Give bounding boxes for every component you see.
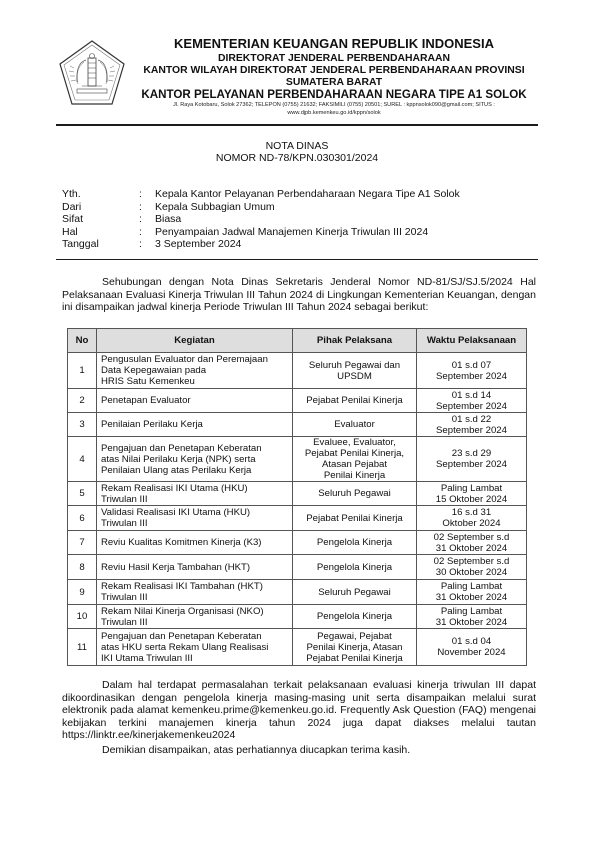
- cell-time: 01 s.d 07September 2024: [417, 353, 527, 389]
- cell-activity-line: Penetapan Evaluator: [101, 395, 288, 406]
- meta-colon: :: [139, 188, 155, 201]
- cell-time-line: September 2024: [421, 401, 522, 412]
- meta-colon: :: [139, 213, 155, 226]
- cell-time-line: 01 s.d 14: [421, 390, 522, 401]
- meta-label: Hal: [62, 226, 139, 239]
- cell-executor-line: Pengelola Kinerja: [297, 562, 412, 573]
- meta-colon: :: [139, 201, 155, 214]
- table-row: 5Rekam Realisasi IKI Utama (HKU)Triwulan…: [68, 482, 527, 506]
- address-line-1: Jl. Raya Kotobaru, Solok 27362; TELEPON …: [118, 102, 550, 110]
- cell-time-line: 01 s.d 22: [421, 414, 522, 425]
- closing-paragraph: Demikian disampaikan, atas perhatiannya …: [62, 744, 536, 757]
- cell-executor-line: Pegawai, Pejabat: [297, 631, 412, 642]
- cell-time: Paling Lambat31 Oktober 2024: [417, 605, 527, 629]
- cell-time-line: Paling Lambat: [421, 483, 522, 494]
- cell-activity-line: Validasi Realisasi IKI Utama (HKU): [101, 507, 288, 518]
- meta-label: Yth.: [62, 188, 139, 201]
- cell-time-line: 02 September s.d: [421, 532, 522, 543]
- intro-text: Sehubungan dengan Nota Dinas Sekretaris …: [62, 276, 536, 313]
- cell-time-line: 31 Oktober 2024: [421, 592, 522, 603]
- meta-row-subject: Hal : Penyampaian Jadwal Manajemen Kiner…: [62, 226, 460, 239]
- table-row: 1Pengusulan Evaluator dan PeremajaanData…: [68, 353, 527, 389]
- regional-office-name: KANTOR WILAYAH DIREKTORAT JENDERAL PERBE…: [120, 65, 548, 76]
- column-header-activity: Kegiatan: [97, 329, 293, 353]
- cell-executor: Seluruh Pegawai: [293, 482, 417, 506]
- document-number: NOMOR ND-78/KPN.030301/2024: [56, 152, 538, 165]
- cell-executor-line: Seluruh Pegawai: [297, 587, 412, 598]
- cell-activity: Pengajuan dan Penetapan Keberatanatas Ni…: [97, 437, 293, 482]
- table-row: 3Penilaian Perilaku KerjaEvaluator01 s.d…: [68, 413, 527, 437]
- cell-executor-line: Pejabat Penilai Kinerja: [297, 513, 412, 524]
- cell-executor: Evaluee, Evaluator,Pejabat Penilai Kiner…: [293, 437, 417, 482]
- meta-value: 3 September 2024: [155, 238, 241, 251]
- table-body: 1Pengusulan Evaluator dan PeremajaanData…: [68, 353, 527, 666]
- cell-activity-line: Pengusulan Evaluator dan Peremajaan: [101, 354, 288, 365]
- memo-metadata: Yth. : Kepala Kantor Pelayanan Perbendah…: [62, 188, 460, 251]
- cell-no: 10: [68, 605, 97, 629]
- cell-time: 01 s.d 22September 2024: [417, 413, 527, 437]
- cell-activity-line: Triwulan III: [101, 617, 288, 628]
- cell-executor: Evaluator: [293, 413, 417, 437]
- cell-activity: Penilaian Perilaku Kerja: [97, 413, 293, 437]
- coordination-text: Dalam hal terdapat permasalahan terkait …: [62, 679, 536, 741]
- cell-no: 7: [68, 531, 97, 555]
- address-line-2: www.djpb.kemenkeu.go.id/kppn/solok: [118, 110, 550, 118]
- cell-executor: Pengelola Kinerja: [293, 605, 417, 629]
- cell-time: 01 s.d 04November 2024: [417, 629, 527, 666]
- cell-executor-line: Pejabat Penilai Kinerja: [297, 653, 412, 664]
- schedule-table: No Kegiatan Pihak Pelaksana Waktu Pelaks…: [67, 328, 527, 666]
- meta-colon: :: [139, 238, 155, 251]
- cell-activity: Rekam Nilai Kinerja Organisasi (NKO)Triw…: [97, 605, 293, 629]
- closing-text: Demikian disampaikan, atas perhatiannya …: [102, 744, 410, 756]
- meta-row-sender: Dari : Kepala Subbagian Umum: [62, 201, 460, 214]
- meta-value: Kepala Kantor Pelayanan Perbendaharaan N…: [155, 188, 460, 201]
- cell-activity-line: Rekam Realisasi IKI Tambahan (HKT): [101, 581, 288, 592]
- cell-activity-line: Penilaian Perilaku Kerja: [101, 419, 288, 430]
- meta-row-recipient: Yth. : Kepala Kantor Pelayanan Perbendah…: [62, 188, 460, 201]
- cell-executor-line: Seluruh Pegawai: [297, 488, 412, 499]
- cell-activity-line: Rekam Realisasi IKI Utama (HKU): [101, 483, 288, 494]
- cell-executor-line: Pengelola Kinerja: [297, 537, 412, 548]
- table-row: 4Pengajuan dan Penetapan Keberatanatas N…: [68, 437, 527, 482]
- cell-time: 01 s.d 14September 2024: [417, 389, 527, 413]
- table-row: 8Reviu Hasil Kerja Tambahan (HKT)Pengelo…: [68, 555, 527, 580]
- table-row: 6Validasi Realisasi IKI Utama (HKU)Triwu…: [68, 506, 527, 531]
- ministry-name: KEMENTERIAN KEUANGAN REPUBLIK INDONESIA: [120, 36, 548, 51]
- cell-time-line: 02 September s.d: [421, 556, 522, 567]
- cell-executor: Pejabat Penilai Kinerja: [293, 506, 417, 531]
- cell-time-line: 31 Oktober 2024: [421, 617, 522, 628]
- cell-executor: Seluruh Pegawai danUPSDM: [293, 353, 417, 389]
- cell-time-line: 01 s.d 07: [421, 360, 522, 371]
- cell-time: Paling Lambat15 Oktober 2024: [417, 482, 527, 506]
- cell-time-line: September 2024: [421, 371, 522, 382]
- cell-activity-line: atas Nilai Perilaku Kerja (NPK) serta: [101, 454, 288, 465]
- cell-no: 2: [68, 389, 97, 413]
- cell-time-line: September 2024: [421, 459, 522, 470]
- cell-time-line: Oktober 2024: [421, 518, 522, 529]
- cell-activity-line: Reviu Kualitas Komitmen Kinerja (K3): [101, 537, 288, 548]
- meta-colon: :: [139, 226, 155, 239]
- cell-time-line: Paling Lambat: [421, 606, 522, 617]
- coordination-paragraph: Dalam hal terdapat permasalahan terkait …: [62, 679, 536, 742]
- cell-no: 1: [68, 353, 97, 389]
- cell-time-line: November 2024: [421, 647, 522, 658]
- cell-time-line: 16 s.d 31: [421, 507, 522, 518]
- meta-value: Kepala Subbagian Umum: [155, 201, 275, 214]
- cell-time: 02 September s.d31 Oktober 2024: [417, 531, 527, 555]
- cell-activity: Pengajuan dan Penetapan Keberatanatas HK…: [97, 629, 293, 666]
- column-header-no: No: [68, 329, 97, 353]
- meta-label: Dari: [62, 201, 139, 214]
- table-header-row: No Kegiatan Pihak Pelaksana Waktu Pelaks…: [68, 329, 527, 353]
- cell-activity-line: Triwulan III: [101, 592, 288, 603]
- column-header-executor: Pihak Pelaksana: [293, 329, 417, 353]
- cell-activity-line: Penilaian Ulang atas Perilaku Kerja: [101, 465, 288, 476]
- meta-value: Biasa: [155, 213, 181, 226]
- cell-activity-line: Reviu Hasil Kerja Tambahan (HKT): [101, 562, 288, 573]
- office-name: KANTOR PELAYANAN PERBENDAHARAAN NEGARA T…: [120, 88, 548, 101]
- cell-activity-line: Triwulan III: [101, 518, 288, 529]
- cell-no: 8: [68, 555, 97, 580]
- cell-activity-line: Data Kepegawaian pada: [101, 365, 288, 376]
- cell-activity-line: Pengajuan dan Penetapan Keberatan: [101, 443, 288, 454]
- cell-activity-line: atas HKU serta Rekam Ulang Realisasi: [101, 642, 288, 653]
- meta-value: Penyampaian Jadwal Manajemen Kinerja Tri…: [155, 226, 428, 239]
- cell-executor-line: Penilai Kinerja: [297, 470, 412, 481]
- table-row: 7Reviu Kualitas Komitmen Kinerja (K3)Pen…: [68, 531, 527, 555]
- cell-time: 23 s.d 29September 2024: [417, 437, 527, 482]
- cell-time: 02 September s.d30 Oktober 2024: [417, 555, 527, 580]
- cell-time: Paling Lambat31 Oktober 2024: [417, 580, 527, 605]
- column-header-time: Waktu Pelaksanaan: [417, 329, 527, 353]
- cell-time-line: 23 s.d 29: [421, 448, 522, 459]
- cell-executor: Pengelola Kinerja: [293, 555, 417, 580]
- cell-executor-line: Penilai Kinerja, Atasan: [297, 642, 412, 653]
- cell-no: 5: [68, 482, 97, 506]
- cell-activity-line: Rekam Nilai Kinerja Organisasi (NKO): [101, 606, 288, 617]
- cell-time: 16 s.d 31Oktober 2024: [417, 506, 527, 531]
- metadata-divider: [56, 259, 538, 260]
- intro-paragraph: Sehubungan dengan Nota Dinas Sekretaris …: [62, 276, 536, 314]
- cell-time-line: 30 Oktober 2024: [421, 567, 522, 578]
- cell-executor-line: UPSDM: [297, 371, 412, 382]
- cell-executor: Pengelola Kinerja: [293, 531, 417, 555]
- table-row: 10Rekam Nilai Kinerja Organisasi (NKO)Tr…: [68, 605, 527, 629]
- cell-activity: Rekam Realisasi IKI Utama (HKU)Triwulan …: [97, 482, 293, 506]
- meta-row-nature: Sifat : Biasa: [62, 213, 460, 226]
- meta-label: Sifat: [62, 213, 139, 226]
- cell-activity: Rekam Realisasi IKI Tambahan (HKT)Triwul…: [97, 580, 293, 605]
- cell-activity-line: Triwulan III: [101, 494, 288, 505]
- cell-time-line: September 2024: [421, 425, 522, 436]
- cell-time-line: 15 Oktober 2024: [421, 494, 522, 505]
- table-row: 11Pengajuan dan Penetapan Keberatanatas …: [68, 629, 527, 666]
- meta-row-date: Tanggal : 3 September 2024: [62, 238, 460, 251]
- cell-no: 3: [68, 413, 97, 437]
- cell-executor-line: Atasan Pejabat: [297, 459, 412, 470]
- cell-activity-line: IKI Utama Triwulan III: [101, 653, 288, 664]
- cell-executor: Pegawai, PejabatPenilai Kinerja, AtasanP…: [293, 629, 417, 666]
- cell-activity-line: Pengajuan dan Penetapan Keberatan: [101, 631, 288, 642]
- cell-time-line: 01 s.d 04: [421, 636, 522, 647]
- cell-executor-line: Pejabat Penilai Kinerja: [297, 395, 412, 406]
- kemenkeu-emblem-icon: [57, 38, 127, 108]
- table-row: 9Rekam Realisasi IKI Tambahan (HKT)Triwu…: [68, 580, 527, 605]
- cell-executor-line: Evaluee, Evaluator,: [297, 437, 412, 448]
- letterhead-divider: [56, 124, 538, 126]
- cell-no: 6: [68, 506, 97, 531]
- cell-no: 9: [68, 580, 97, 605]
- cell-time-line: Paling Lambat: [421, 581, 522, 592]
- cell-executor-line: Pejabat Penilai Kinerja,: [297, 448, 412, 459]
- meta-label: Tanggal: [62, 238, 139, 251]
- cell-time-line: 31 Oktober 2024: [421, 543, 522, 554]
- cell-activity: Reviu Kualitas Komitmen Kinerja (K3): [97, 531, 293, 555]
- cell-executor: Pejabat Penilai Kinerja: [293, 389, 417, 413]
- cell-executor-line: Seluruh Pegawai dan: [297, 360, 412, 371]
- cell-executor-line: Evaluator: [297, 419, 412, 430]
- directorate-name: DIREKTORAT JENDERAL PERBENDAHARAAN: [120, 53, 548, 64]
- cell-executor-line: Pengelola Kinerja: [297, 611, 412, 622]
- office-address: Jl. Raya Kotobaru, Solok 27362; TELEPON …: [118, 102, 550, 117]
- cell-activity: Reviu Hasil Kerja Tambahan (HKT): [97, 555, 293, 580]
- cell-activity: Pengusulan Evaluator dan PeremajaanData …: [97, 353, 293, 389]
- cell-activity: Validasi Realisasi IKI Utama (HKU)Triwul…: [97, 506, 293, 531]
- table-row: 2Penetapan EvaluatorPejabat Penilai Kine…: [68, 389, 527, 413]
- cell-no: 11: [68, 629, 97, 666]
- cell-activity: Penetapan Evaluator: [97, 389, 293, 413]
- cell-executor: Seluruh Pegawai: [293, 580, 417, 605]
- province-name: SUMATERA BARAT: [120, 77, 548, 88]
- cell-no: 4: [68, 437, 97, 482]
- cell-activity-line: HRIS Satu Kemenkeu: [101, 376, 288, 387]
